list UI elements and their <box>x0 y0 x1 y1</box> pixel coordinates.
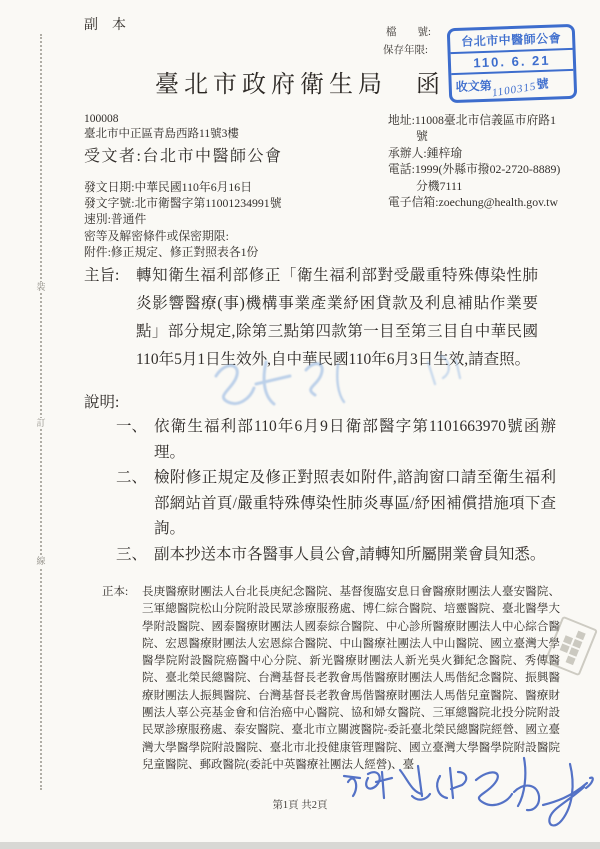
distribution-text: 長庚醫療財團法人台北長庚紀念醫院、基督復臨安息日會醫療財團法人臺安醫院、三軍總醫… <box>142 584 560 774</box>
ghost-stamp-glyph <box>563 635 573 644</box>
distribution-label: 正本: <box>102 584 142 774</box>
speed-class: 速別:普通件 <box>84 211 282 227</box>
recipient-block: 100008 臺北市中正區青島西路11號3樓 受文者:台北市中醫師公會 <box>84 112 282 168</box>
recipient-postal-code: 100008 <box>84 112 282 127</box>
receipt-stamp-number-row: 收文第1100315號 <box>451 69 574 100</box>
binding-mark-ding: 訂 <box>32 418 50 429</box>
recipient-address: 臺北市中正區青島西路11號3樓 <box>84 127 282 142</box>
binding-mark-xian: 線 <box>32 556 50 567</box>
contact-email: 電子信箱:zoechung@health.gov.tw <box>388 194 584 210</box>
sender-address-line2: 號 <box>388 128 584 144</box>
copy-label: 副本 <box>84 14 140 34</box>
explanation-items: 一、 依衛生福利部110年6月9日衛部醫字第1101663970號函辦理。 二、… <box>116 414 558 567</box>
security-class: 密等及解密條件或保密期限: <box>84 228 282 244</box>
subject-label: 主旨: <box>84 262 136 374</box>
item-number: 二、 <box>116 465 154 542</box>
binding-dotted-line <box>40 34 42 790</box>
explanation-item-2: 二、 檢附修正規定及修正對照表如附件,諮詢窗口請至衛生福利部網站首頁/嚴重特殊傳… <box>116 465 558 542</box>
ghost-stamp-glyph <box>566 656 576 665</box>
explanation-label: 說明: <box>84 390 119 412</box>
receipt-prefix: 收文第 <box>456 79 492 94</box>
item-text: 副本抄送本市各醫事人員公會,請轉知所屬開業會員知悉。 <box>154 542 556 568</box>
ghost-stamp-glyph <box>572 639 582 648</box>
receipt-stamp: 台北市中醫師公會 110. 6. 21 收文第1100315號 <box>447 24 578 103</box>
scan-edge-shadow <box>0 842 600 849</box>
retention-period-label: 保存年限: <box>383 42 428 57</box>
item-text: 檢附修正規定及修正對照表如附件,諮詢窗口請至衛生福利部網站首頁/嚴重特殊傳染性肺… <box>154 465 556 542</box>
receipt-suffix: 號 <box>536 77 548 91</box>
ink-bleedthrough-stamp <box>188 342 498 422</box>
item-number: 三、 <box>116 542 154 568</box>
receipt-handwritten-number: 1100315 <box>491 81 537 100</box>
ghost-stamp-glyph <box>560 644 570 653</box>
issue-number: 發文字號:北市衛醫字第11001234991號 <box>84 195 282 211</box>
file-number-label: 檔 號: <box>386 24 431 39</box>
document-meta-right: 地址:11008臺北市信義區市府路1 號 承辦人:鍾梓瑜 電話:1999(外縣市… <box>388 112 584 210</box>
ghost-stamp-glyph <box>576 631 586 640</box>
item-number: 一、 <box>116 414 154 465</box>
distribution-block: 正本: 長庚醫療財團法人台北長庚紀念醫院、基督復臨安息日會醫療財團法人臺安醫院、… <box>102 584 560 774</box>
contact-person: 承辦人:鍾梓瑜 <box>388 145 584 161</box>
sender-address-line1: 地址:11008臺北市信義區市府路1 <box>388 112 584 128</box>
scanned-official-letter: 裝 訂 線 副本 檔 號: 保存年限: 臺北市政府衛生局 函 台北市中醫師公會 … <box>0 0 600 849</box>
contact-phone-line1: 電話:1999(外縣市撥02-2720-8889) <box>388 161 584 177</box>
document-meta-left: 發文日期:中華民國110年6月16日 發文字號:北市衛醫字第1100123499… <box>84 179 282 260</box>
handwritten-signature <box>338 750 596 845</box>
attachments: 附件:修正規定、修正對照表各1份 <box>84 244 282 260</box>
contact-phone-line2: 分機7111 <box>388 178 584 194</box>
binding-mark-zhuang: 裝 <box>32 282 50 293</box>
ghost-stamp-glyph <box>569 647 579 656</box>
issue-date: 發文日期:中華民國110年6月16日 <box>84 179 282 195</box>
explanation-item-3: 三、 副本抄送本市各醫事人員公會,請轉知所屬開業會員知悉。 <box>116 542 558 568</box>
recipient-addressee: 受文者:台北市中醫師公會 <box>84 146 282 168</box>
